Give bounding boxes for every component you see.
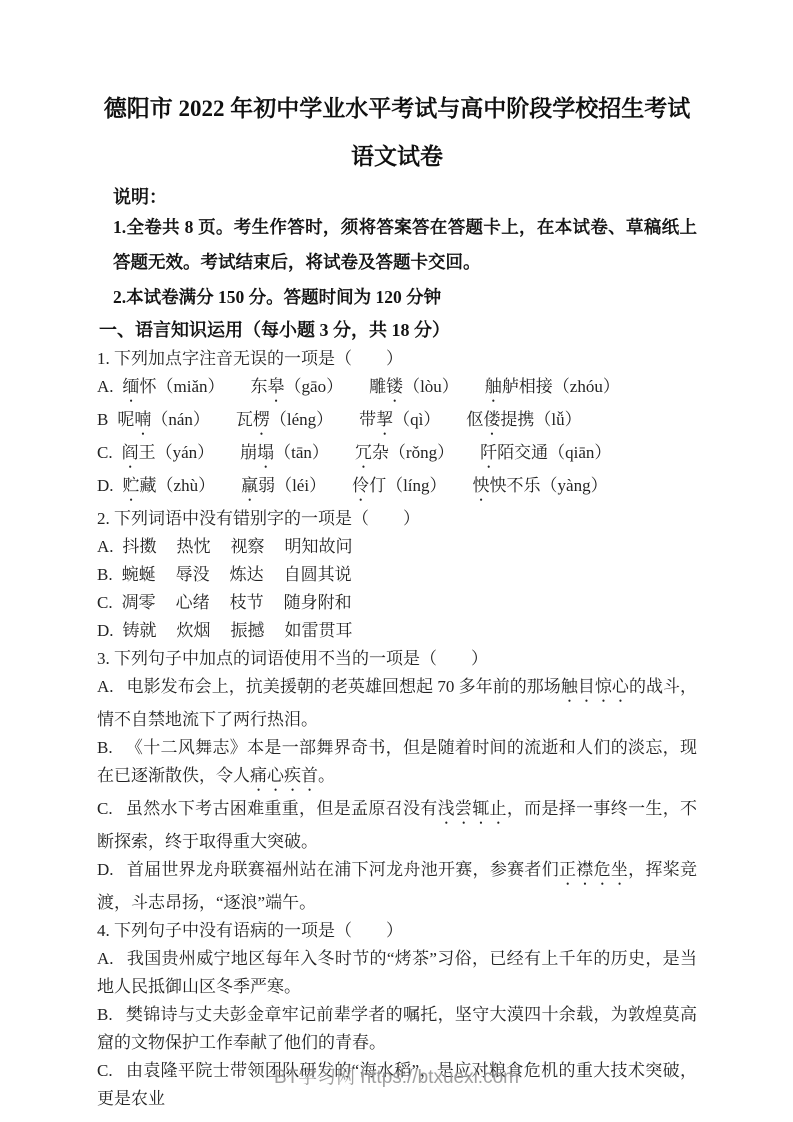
- pinyin-item: 东皋（gāo）: [251, 377, 344, 396]
- q4-option: A.我国贵州威宁地区每年入冬时节的“烤茶”习俗，已经有上千年的历史，是当地人民抵…: [97, 945, 697, 1001]
- notice-item-2: 2.本试卷满分 150 分。答题时间为 120 分钟: [113, 280, 697, 315]
- q2-options: A.抖擞热忱视察明知故问B.蜿蜒辱没炼达自圆其说C.凋零心绪枝节随身附和D.铸就…: [97, 533, 697, 645]
- emphasis-dotted-char: 痛心疾首: [250, 766, 318, 785]
- word-item: 随身附和: [284, 593, 352, 612]
- option-label: D.: [97, 476, 114, 495]
- pinyin-item: 阎王（yán）: [122, 443, 215, 462]
- emphasis-dotted-char: 偻: [483, 410, 500, 429]
- word-item: 铸就: [123, 621, 157, 640]
- page-title: 德阳市 2022 年初中学业水平考试与高中阶段学校招生考试: [97, 92, 697, 126]
- q1-option-row: A.缅怀（miǎn）东皋（gāo）雕镂（lòu）舳舻相接（zhóu）: [97, 373, 697, 406]
- option-label: C.: [97, 443, 113, 462]
- q1-option-row: D.贮藏（zhù）羸弱（léi）伶仃（líng）怏怏不乐（yàng）: [97, 472, 697, 505]
- q3-option: C.虽然水下考古困难重重，但是孟原召没有浅尝辄止，而是择一事终一生，不断探索，终…: [97, 795, 697, 856]
- notice-heading: 说明：: [113, 184, 697, 210]
- pinyin-item: 带挈（qì）: [359, 410, 440, 429]
- word-item: 自圆其说: [284, 565, 352, 584]
- emphasis-dotted-char: 楞: [253, 410, 270, 429]
- q4-option: B.樊锦诗与丈夫彭金章牢记前辈学者的嘱托，坚守大漠四十余载，为敦煌莫高窟的文物保…: [97, 1001, 697, 1057]
- pinyin-item: 伛偻提携（lǚ）: [466, 410, 581, 429]
- emphasis-dotted-char: 触目惊心: [561, 677, 629, 696]
- word-item: 抖擞: [123, 537, 157, 556]
- emphasis-dotted-char: 皋: [268, 377, 285, 396]
- word-item: 视察: [231, 537, 265, 556]
- q1-option-row: C.阎王（yán）崩塌（tān）冗杂（rǒng）阡陌交通（qiān）: [97, 439, 697, 472]
- q1-stem: 1. 下列加点字注音无误的一项是（ ）: [97, 345, 697, 373]
- emphasis-dotted-char: 镂: [386, 377, 403, 396]
- option-label: A.: [97, 377, 114, 396]
- q2-option-row: C.凋零心绪枝节随身附和: [97, 589, 697, 617]
- option-label: A.: [97, 949, 114, 968]
- emphasis-dotted-char: 浅尝辄止: [438, 799, 507, 818]
- q1-option-row: B呢喃（nán）瓦楞（léng）带挈（qì）伛偻提携（lǚ）: [97, 406, 697, 439]
- emphasis-dotted-char: 伶: [352, 476, 369, 495]
- q3-option: B.《十二风舞志》本是一部舞界奇书，但是随着时间的流逝和人们的淡忘，现在已逐渐散…: [97, 734, 697, 795]
- word-item: 辱没: [176, 565, 210, 584]
- q2-stem: 2. 下列词语中没有错别字的一项是（ ）: [97, 505, 697, 533]
- option-label: B.: [97, 738, 113, 757]
- word-item: 明知故问: [285, 537, 353, 556]
- word-item: 凋零: [122, 593, 156, 612]
- pinyin-item: 怏怏不乐（yàng）: [473, 476, 608, 495]
- q3-stem: 3. 下列句子中加点的词语使用不当的一项是（ ）: [97, 645, 697, 673]
- option-label: B.: [97, 565, 113, 584]
- pinyin-item: 舳舻相接（zhóu）: [485, 377, 620, 396]
- pinyin-item: 伶仃（líng）: [352, 476, 446, 495]
- word-item: 蜿蜒: [122, 565, 156, 584]
- word-item: 炊烟: [177, 621, 211, 640]
- emphasis-dotted-char: 冗: [355, 443, 372, 462]
- emphasis-dotted-char: 怏: [473, 476, 490, 495]
- option-label: C.: [97, 799, 113, 818]
- option-label: B.: [97, 1005, 113, 1024]
- option-label: B: [97, 410, 108, 429]
- pinyin-item: 缅怀（miǎn）: [123, 377, 225, 396]
- word-item: 如雷贯耳: [285, 621, 353, 640]
- option-label: A.: [97, 537, 114, 556]
- questions-area: 1. 下列加点字注音无误的一项是（ ） A.缅怀（miǎn）东皋（gāo）雕镂（…: [97, 345, 697, 1113]
- word-item: 炼达: [230, 565, 264, 584]
- pinyin-item: 雕镂（lòu）: [369, 377, 459, 396]
- emphasis-dotted-char: 阡: [480, 443, 497, 462]
- watermark-footer: BT学习网 https://btxuexi.com: [0, 1062, 793, 1089]
- q1-options: A.缅怀（miǎn）东皋（gāo）雕镂（lòu）舳舻相接（zhóu）B呢喃（ná…: [97, 373, 697, 505]
- pinyin-item: 呢喃（nán）: [117, 410, 210, 429]
- notice-item-1: 1.全卷共 8 页。考生作答时，须将答案答在答题卡上，在本试卷、草稿纸上答题无效…: [113, 210, 697, 280]
- option-label: D.: [97, 860, 114, 879]
- pinyin-item: 瓦楞（léng）: [236, 410, 333, 429]
- option-label: D.: [97, 621, 114, 640]
- word-item: 心绪: [176, 593, 210, 612]
- emphasis-dotted-char: 塌: [257, 443, 274, 462]
- q2-option-row: B.蜿蜒辱没炼达自圆其说: [97, 561, 697, 589]
- q3-options: A.电影发布会上，抗美援朝的老英雄回想起 70 多年前的那场触目惊心的战斗，情不…: [97, 673, 697, 917]
- emphasis-dotted-char: 喃: [134, 410, 151, 429]
- emphasis-dotted-char: 舳: [485, 377, 502, 396]
- word-item: 振撼: [231, 621, 265, 640]
- emphasis-dotted-char: 羸: [241, 476, 258, 495]
- option-label: C.: [97, 593, 113, 612]
- q3-option: D.首届世界龙舟联赛福州站在浦下河龙舟池开赛，参赛者们正襟危坐，挥桨竞渡，斗志昂…: [97, 856, 697, 917]
- page-subtitle: 语文试卷: [97, 140, 697, 174]
- option-label: A.: [97, 677, 114, 696]
- pinyin-item: 羸弱（léi）: [241, 476, 326, 495]
- q2-option-row: D.铸就炊烟振撼如雷贯耳: [97, 617, 697, 645]
- emphasis-dotted-char: 正襟危坐: [559, 860, 628, 879]
- emphasis-dotted-char: 挈: [376, 410, 393, 429]
- q2-option-row: A.抖擞热忱视察明知故问: [97, 533, 697, 561]
- emphasis-dotted-char: 缅: [123, 377, 140, 396]
- q3-option: A.电影发布会上，抗美援朝的老英雄回想起 70 多年前的那场触目惊心的战斗，情不…: [97, 673, 697, 734]
- q4-stem: 4. 下列句子中没有语病的一项是（ ）: [97, 917, 697, 945]
- pinyin-item: 崩塌（tān）: [240, 443, 329, 462]
- word-item: 热忱: [177, 537, 211, 556]
- emphasis-dotted-char: 贮: [123, 476, 140, 495]
- exam-paper-page: 德阳市 2022 年初中学业水平考试与高中阶段学校招生考试 语文试卷 说明： 1…: [0, 0, 793, 1122]
- pinyin-item: 阡陌交通（qiān）: [480, 443, 611, 462]
- word-item: 枝节: [230, 593, 264, 612]
- section1-heading: 一、语言知识运用（每小题 3 分，共 18 分）: [99, 315, 697, 345]
- emphasis-dotted-char: 阎: [122, 443, 139, 462]
- pinyin-item: 冗杂（rǒng）: [355, 443, 454, 462]
- pinyin-item: 贮藏（zhù）: [123, 476, 216, 495]
